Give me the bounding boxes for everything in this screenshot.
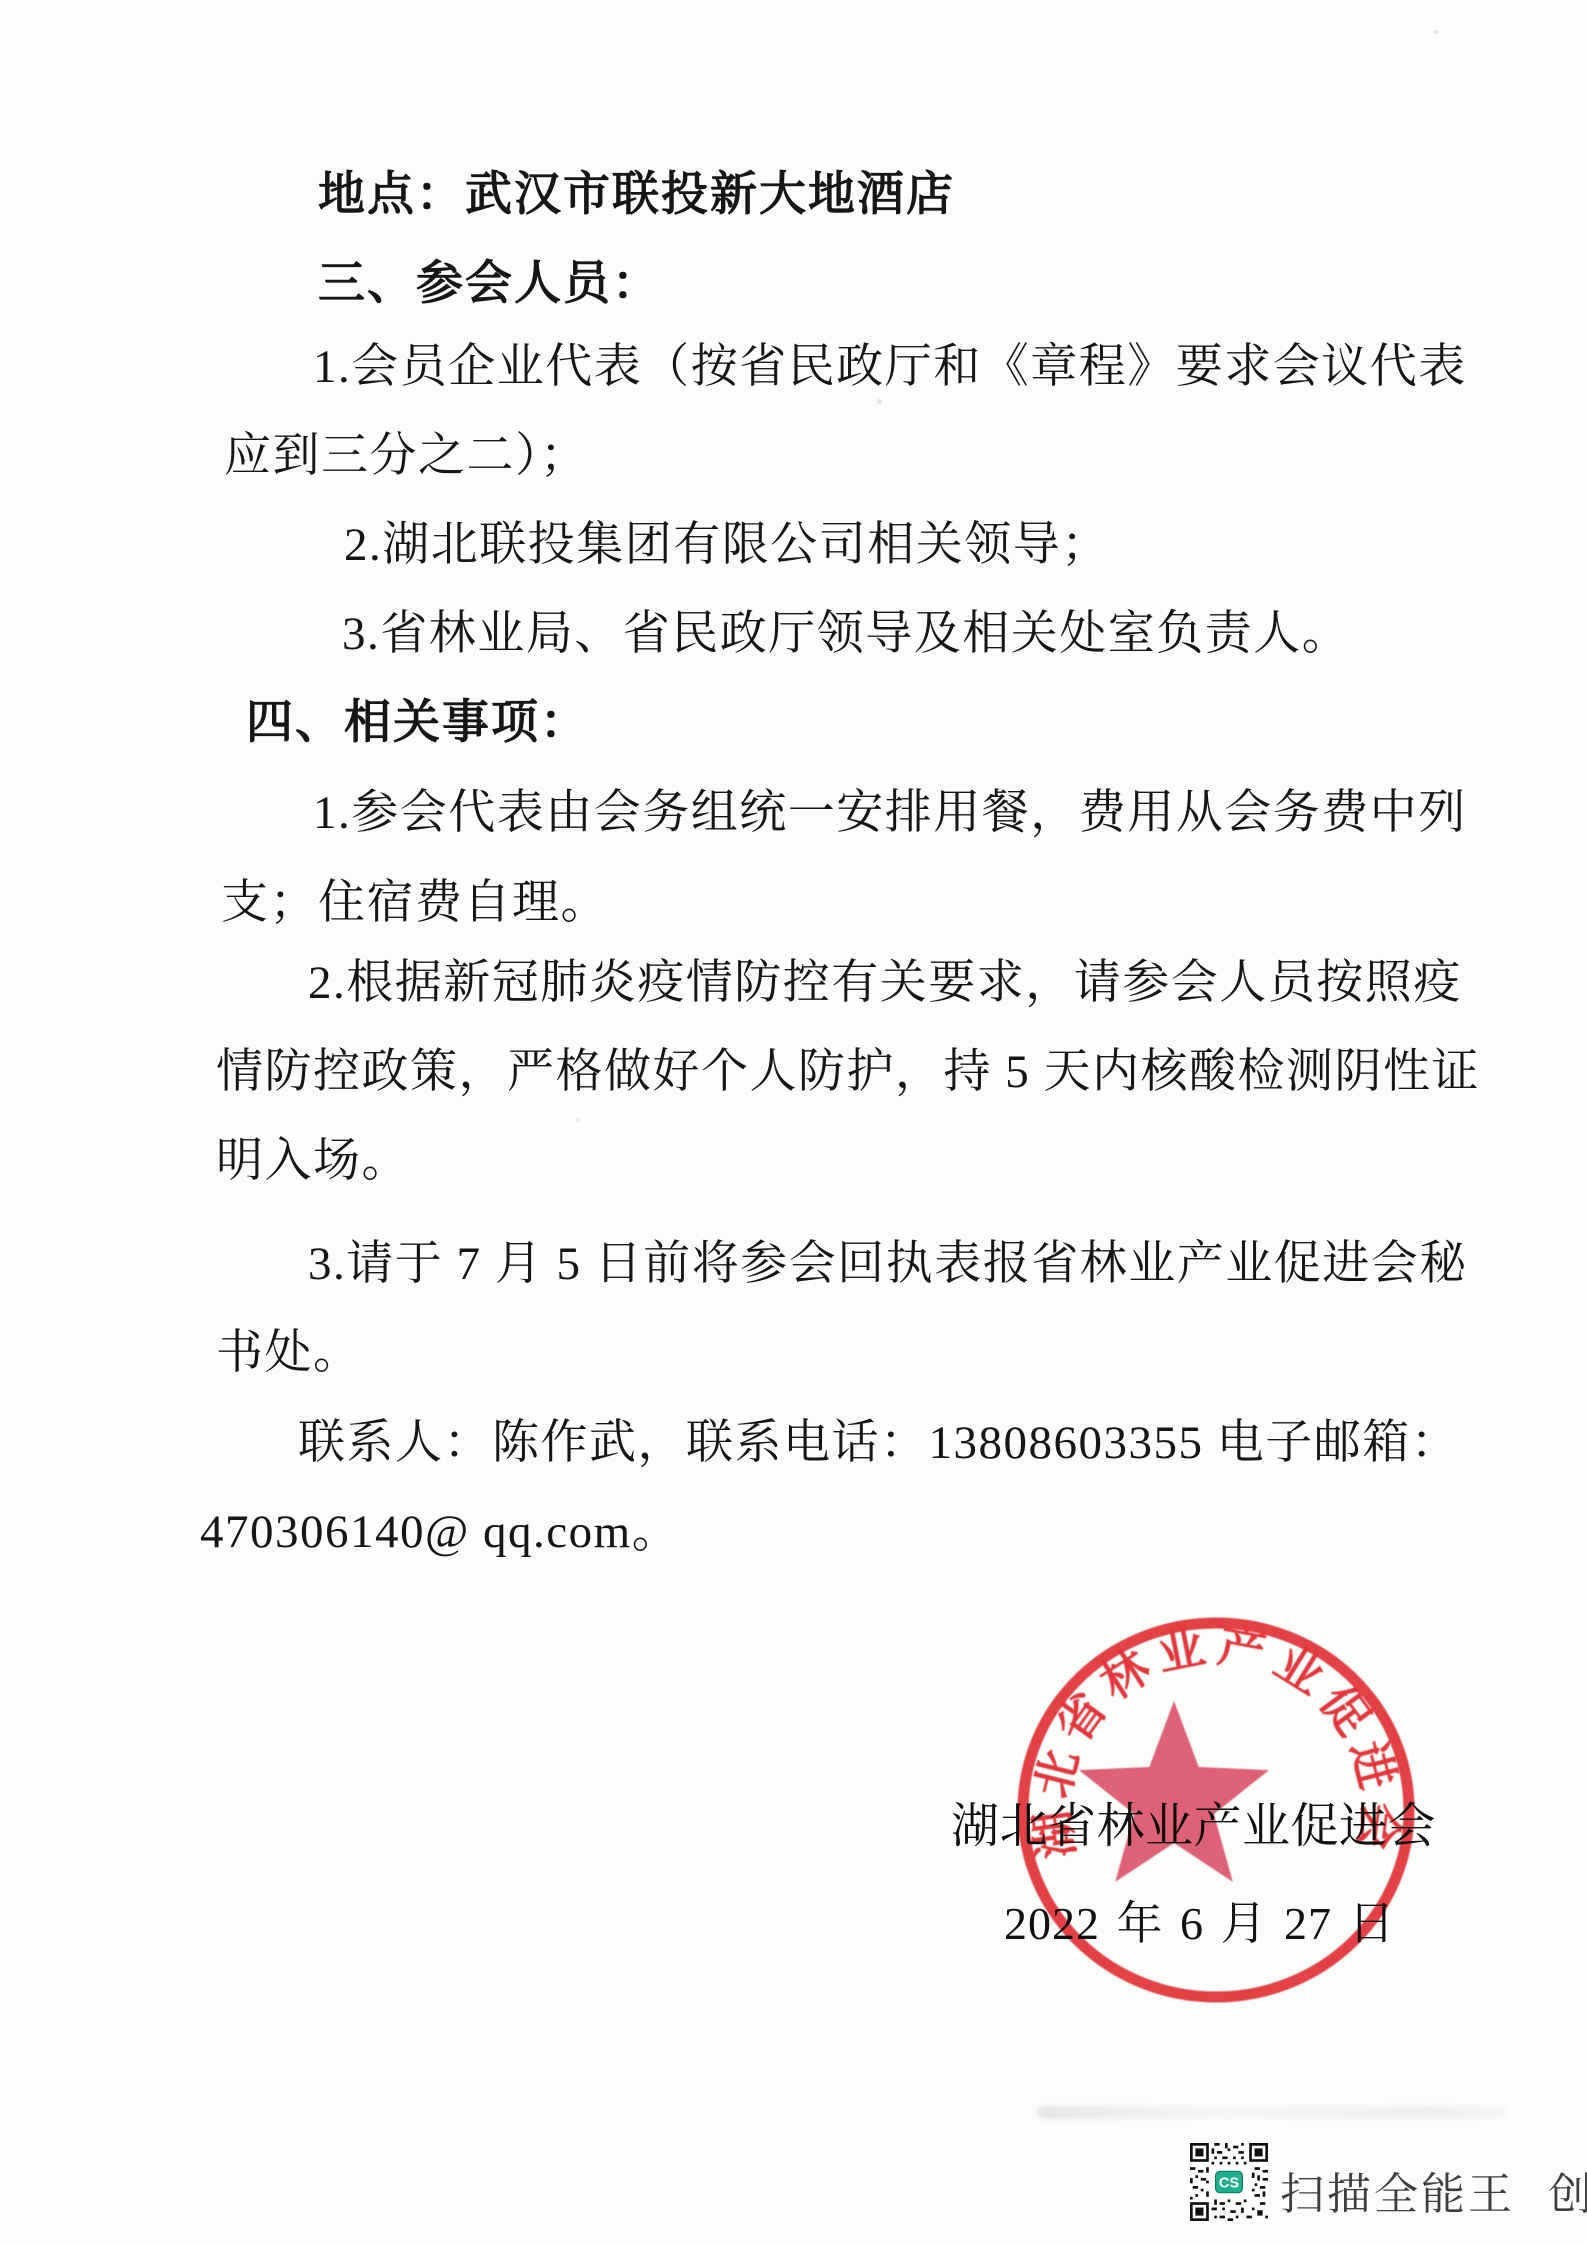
signature-date: 2022 年 6 月 27 日: [1004, 1887, 1396, 1953]
scanned-document-page: 地点：武汉市联投新大地酒店 三、参会人员： 1.会员企业代表（按省民政厅和《章程…: [0, 0, 1587, 2245]
qr-code-icon: CS: [1190, 2142, 1268, 2222]
doc-line: 明入场。: [216, 1134, 410, 1188]
doc-line: 情防控政策，严格做好个人防护，持 5 天内核酸检测阴性证: [216, 1045, 1480, 1099]
doc-line: 3.省林业局、省民政厅领导及相关处室负责人。: [342, 607, 1350, 661]
doc-line-section-heading: 三、参会人员：: [318, 256, 661, 310]
doc-line: 应到三分之二）；: [224, 429, 589, 483]
qr-cs-logo-label: CS: [1219, 2176, 1239, 2192]
doc-line: 2.湖北联投集团有限公司相关领导；: [344, 518, 1110, 572]
scan-speck: [1434, 30, 1438, 34]
scanner-watermark-label: 扫描全能王 创建: [1280, 2158, 1587, 2222]
doc-line: 1.会员企业代表（按省民政厅和《章程》要求会议代表: [313, 340, 1467, 394]
doc-line: 3.请于 7 月 5 日前将参会回执表报省林业产业促进会秘: [308, 1237, 1468, 1291]
doc-line: 支；住宿费自理。: [221, 876, 609, 930]
doc-line: 书处。: [216, 1326, 362, 1380]
signature-org: 湖北省林业产业促进会: [951, 1787, 1436, 1856]
scan-speck: [877, 399, 882, 404]
doc-line: 1.参会代表由会务组统一安排用餐，费用从会务费中列: [313, 786, 1467, 840]
doc-line-email: 470306140@ qq.com。: [200, 1505, 680, 1559]
scan-smudge: [1038, 2106, 1508, 2119]
doc-line: 地点：武汉市联投新大地酒店: [318, 167, 955, 221]
doc-line-contact: 联系人：陈作武，联系电话：13808603355 电子邮箱：: [298, 1416, 1459, 1470]
doc-line: 2.根据新冠肺炎疫情防控有关要求，请参会人员按照疫: [308, 956, 1462, 1010]
doc-line-section-heading: 四、相关事项：: [246, 695, 589, 749]
scan-speck: [575, 1118, 579, 1122]
